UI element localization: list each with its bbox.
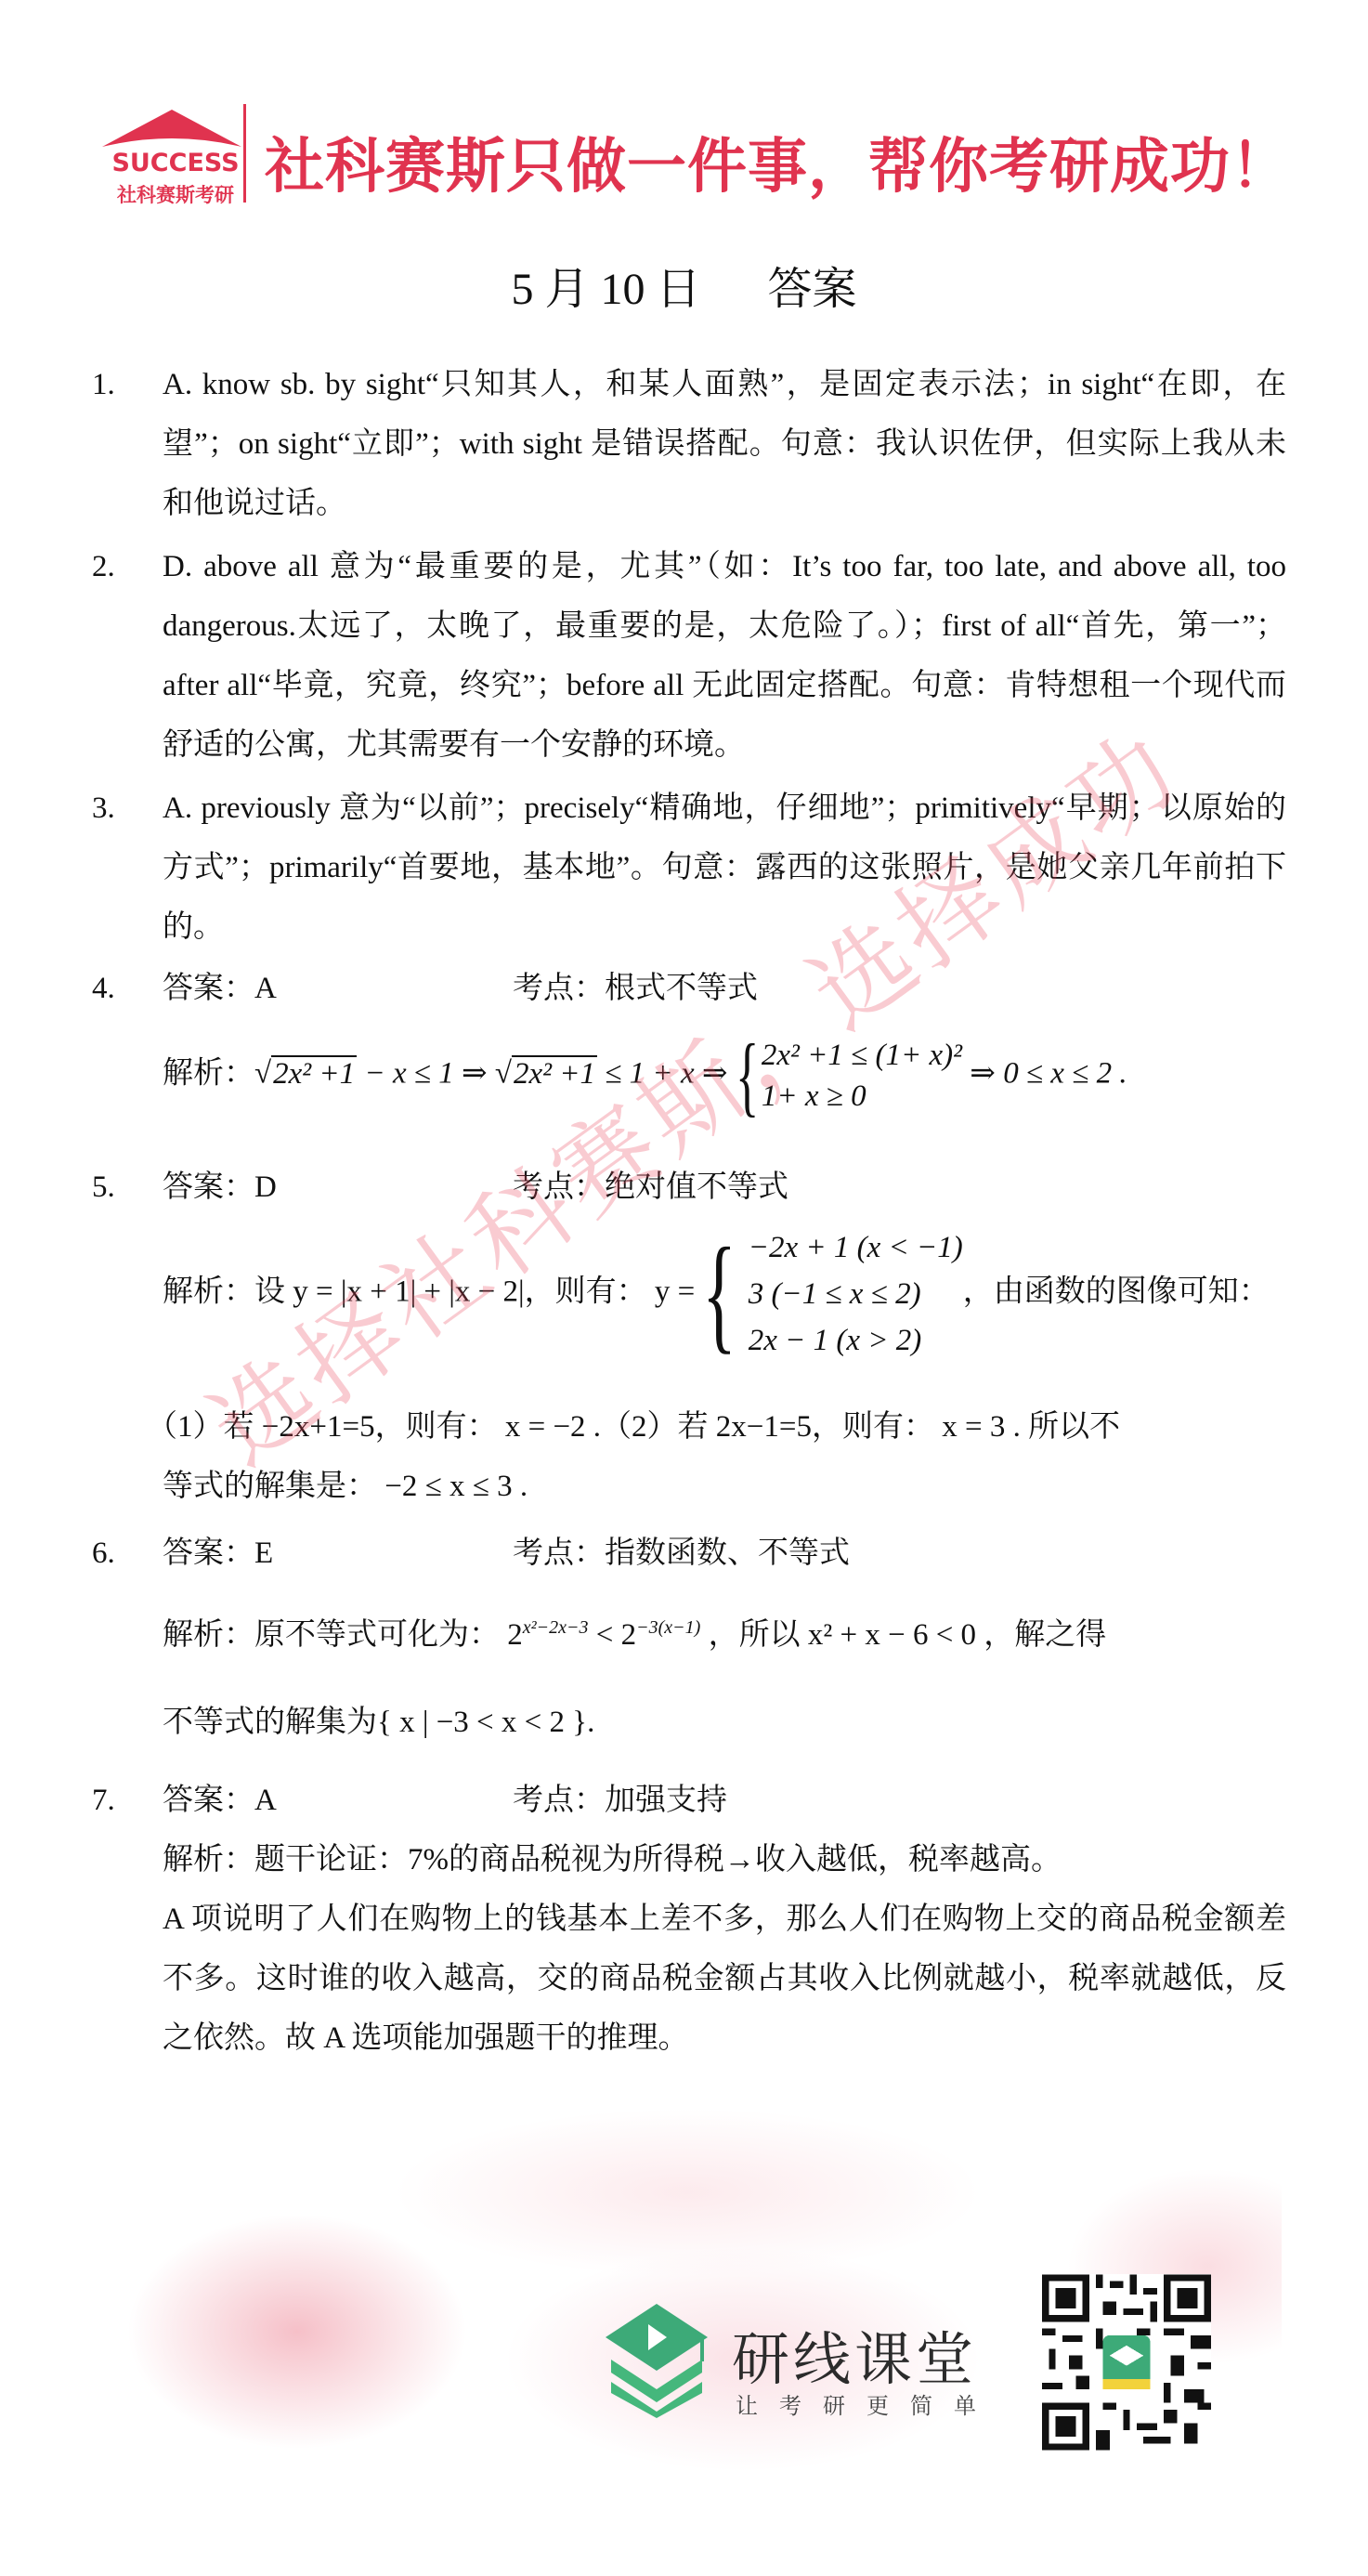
answer-label: 答案：A — [163, 959, 277, 1018]
analysis-line: 不等式的解集为{ x | −3 < x < 2 }. — [163, 1693, 594, 1752]
success-logo: SUCCESS 社科赛斯考研 — [89, 100, 256, 212]
qr-code-icon[interactable] — [1042, 2274, 1211, 2451]
item-text: A. previously 意为“以前”；precisely“精确地，仔细地”；… — [163, 778, 1286, 957]
item-number: 6. — [92, 1523, 115, 1583]
header-divider — [243, 104, 246, 203]
logo-english: SUCCESS — [97, 149, 254, 177]
title-label: 答案 — [768, 263, 857, 315]
header-slogan: 社科赛斯只做一件事，帮你考研成功！ — [265, 119, 1291, 204]
brand-name: 研线课堂 — [732, 2313, 977, 2396]
topic-label: 考点：加强支持 — [513, 1771, 727, 1830]
roof-icon — [102, 110, 241, 152]
analysis-line: （1）若 −2x+1=5，则有： x = −2 .（2）若 2x−1=5，则有：… — [147, 1397, 1120, 1457]
case-system: {2x² +1 ≤ (1+ x)²1+ x ≥ 0 — [736, 1031, 962, 1120]
topic-label: 考点：指数函数、不等式 — [513, 1523, 850, 1583]
item-text: D. above all 意为“最重要的是，尤其”（如：It’s too far… — [163, 537, 1286, 775]
analysis-piecewise: 解析：设 y = |x + 1| + |x − 2|，则有： y = {−2x … — [163, 1224, 1270, 1364]
item-number: 2. — [92, 537, 115, 596]
analysis-line: 解析：原不等式可化为： 2x²−2x−3 < 2−3(x−1) ，所以 x² +… — [163, 1605, 1106, 1665]
title-date: 5 月 10 日 — [511, 265, 700, 314]
analysis-line: 解析：题干论证：7%的商品税视为所得税→收入越低，税率越高。 — [163, 1830, 1062, 1890]
analysis-formula: 解析：√2x² +1 − x ≤ 1 ⇒ √2x² +1 ≤ 1 + x ⇒ {… — [163, 1031, 1127, 1120]
item-number: 7. — [92, 1771, 115, 1830]
answer-label: 答案：E — [163, 1523, 273, 1583]
item-number: 3. — [92, 778, 115, 838]
topic-label: 考点：根式不等式 — [513, 959, 758, 1018]
brand-slogan: 让考研更简单 — [736, 2387, 997, 2420]
item-text: A. know sb. by sight“只知其人，和某人面熟”，是固定表示法；… — [163, 355, 1286, 533]
logo-chinese: 社科赛斯考研 — [97, 180, 254, 208]
answer-label: 答案：A — [163, 1771, 277, 1830]
graduation-book-icon — [604, 2302, 710, 2418]
analysis-line: 等式的解集是： −2 ≤ x ≤ 3 . — [163, 1457, 528, 1516]
answer-label: 答案：D — [163, 1157, 277, 1217]
analysis-paragraph: A 项说明了人们在购物上的钱基本上差不多，那么人们在购物上交的商品税金额差不多。… — [163, 1890, 1286, 2068]
item-number: 4. — [92, 959, 115, 1018]
item-number: 5. — [92, 1157, 115, 1217]
topic-label: 考点：绝对值不等式 — [513, 1157, 788, 1217]
page-title: 5 月 10 日 答案 — [0, 253, 1368, 317]
item-number: 1. — [92, 355, 115, 414]
